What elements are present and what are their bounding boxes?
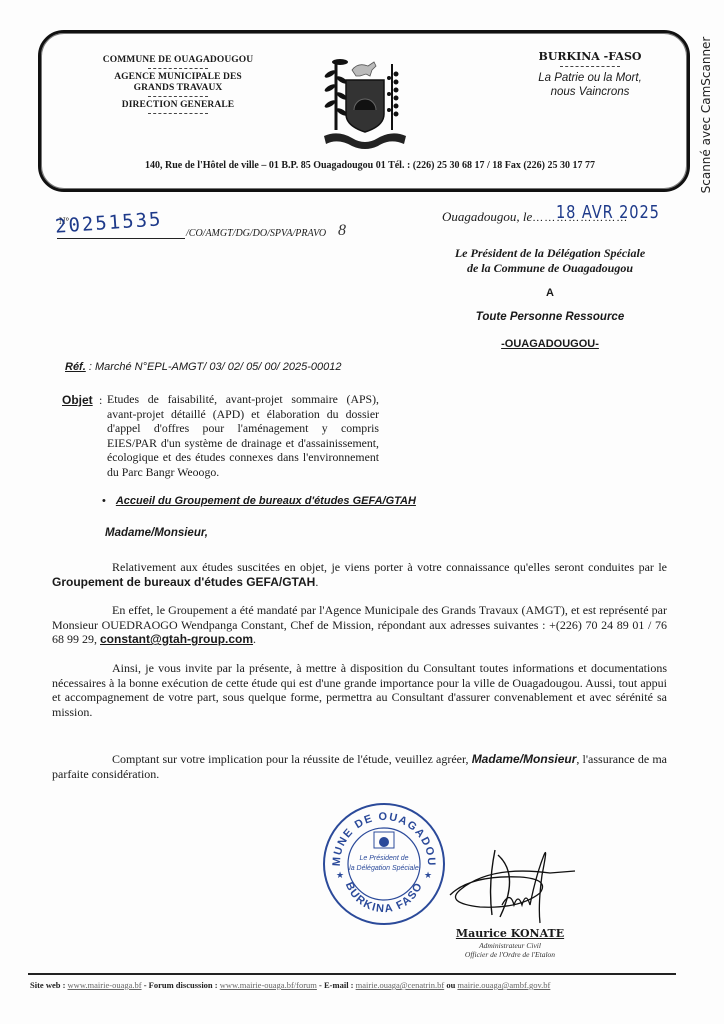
footer: Site web : www.mairie-ouaga.bf - Forum d… bbox=[30, 980, 680, 990]
paragraph-text: Comptant sur votre implication pour la r… bbox=[112, 752, 472, 766]
coat-of-arms-icon bbox=[318, 52, 408, 152]
number-underline bbox=[57, 238, 185, 239]
number-stamp: 20251535 bbox=[54, 208, 163, 237]
number-suffix: /CO/AMGT/DG/DO/SPVA/PRAVO bbox=[186, 228, 326, 239]
footer-or: ou bbox=[444, 980, 457, 990]
to-label: A bbox=[405, 287, 695, 299]
issuing-organization: COMMUNE DE OUAGADOUGOU AGENCE MUNICIPALE… bbox=[78, 55, 278, 117]
forum-link[interactable]: www.mairie-ouaga.bf/forum bbox=[220, 980, 317, 990]
org-agency-line1: AGENCE MUNICIPALE DES bbox=[78, 72, 278, 83]
paragraph-2: En effet, le Groupement a été mandaté pa… bbox=[52, 603, 667, 647]
footer-divider bbox=[28, 973, 676, 975]
site-link[interactable]: www.mairie-ouaga.bf bbox=[68, 980, 142, 990]
reference-label: Réf. bbox=[65, 361, 86, 373]
date-stamp: 18 AVR 2025 bbox=[556, 202, 660, 223]
national-motto-line2: nous Vaincrons bbox=[505, 85, 675, 99]
paragraph-1: Relativement aux études suscitées en obj… bbox=[52, 560, 667, 589]
email-link-2[interactable]: mairie.ouaga@ambf.gov.bf bbox=[457, 980, 550, 990]
svg-text:BURKINA FASO: BURKINA FASO bbox=[343, 880, 425, 915]
recipient-name: Toute Personne Ressource bbox=[405, 311, 695, 323]
place-date: Ouagadougou, le…………………… 18 AVR 2025 bbox=[442, 208, 628, 226]
footer-site-label: Site web : bbox=[30, 980, 68, 990]
country-name: BURKINA -FASO bbox=[505, 50, 675, 63]
object-label: Objet bbox=[62, 393, 93, 407]
paragraph-text: . bbox=[253, 632, 256, 646]
place: Ouagadougou, le bbox=[442, 209, 532, 224]
consultant-name: Groupement de bureaux d'études GEFA/GTAH bbox=[52, 575, 315, 589]
recipient-city: -OUAGADOUGOU- bbox=[405, 338, 695, 350]
divider bbox=[148, 68, 208, 69]
object-text: Etudes de faisabilité, avant-projet somm… bbox=[107, 392, 379, 480]
national-motto-line1: La Patrie ou la Mort, bbox=[505, 71, 675, 85]
recipient-city-text: -OUAGADOUGOU- bbox=[501, 338, 599, 350]
svg-text:★: ★ bbox=[336, 870, 344, 880]
divider bbox=[148, 96, 208, 97]
signatory-name: Maurice KONATE bbox=[440, 927, 580, 940]
country-block: BURKINA -FASO La Patrie ou la Mort, nous… bbox=[505, 50, 675, 99]
signatory-title-line1: Administrateur Civil bbox=[430, 941, 590, 950]
bullet-icon: • bbox=[102, 495, 106, 507]
signatory-title: Administrateur Civil Officier de l'Ordre… bbox=[430, 941, 590, 959]
paragraph-3: Ainsi, je vous invite par la présente, à… bbox=[52, 661, 667, 719]
subject-bullet: •Accueil du Groupement de bureaux d'étud… bbox=[102, 495, 416, 507]
divider bbox=[560, 66, 620, 67]
org-agency-line2: GRANDS TRAVAUX bbox=[78, 83, 278, 94]
watermark-text: Scanné avec CamScanner bbox=[699, 37, 713, 194]
org-direction: DIRECTION GENERALE bbox=[78, 100, 278, 111]
handwritten-signature bbox=[440, 835, 580, 930]
contact-email-link[interactable]: constant@gtah-group.com bbox=[100, 632, 253, 646]
paragraph-text: Relativement aux études suscitées en obj… bbox=[112, 560, 667, 574]
closing-salutation: Madame/Monsieur bbox=[472, 752, 577, 766]
sender: Le Président de la Délégation Spéciale d… bbox=[405, 246, 695, 276]
footer-forum-label: - Forum discussion : bbox=[142, 980, 220, 990]
svg-text:la Délégation Spéciale: la Délégation Spéciale bbox=[349, 865, 419, 872]
handwritten-mark: 8 bbox=[338, 222, 346, 240]
paragraph-4: Comptant sur votre implication pour la r… bbox=[52, 752, 667, 781]
letterhead-address: 140, Rue de l'Hôtel de ville – 01 B.P. 8… bbox=[80, 160, 660, 171]
scanner-watermark: Scanné avec CamScanner bbox=[695, 10, 717, 220]
reference-text: : Marché N°EPL-AMGT/ 03/ 02/ 05/ 00/ 202… bbox=[86, 361, 342, 373]
official-stamp: COMMUNE DE OUAGADOUGOU BURKINA FASO ★ ★ … bbox=[320, 800, 448, 928]
svg-text:Le Président de: Le Président de bbox=[359, 855, 408, 862]
footer-email-label: - E-mail : bbox=[317, 980, 356, 990]
salutation: Madame/Monsieur, bbox=[105, 527, 208, 539]
reference-line: Réf. : Marché N°EPL-AMGT/ 03/ 02/ 05/ 00… bbox=[65, 361, 341, 373]
sender-line2: de la Commune de Ouagadougou bbox=[405, 261, 695, 276]
signatory-title-line2: Officier de l'Ordre de l'Etalon bbox=[430, 950, 590, 959]
email-link-1[interactable]: mairie.ouaga@cenatrin.bf bbox=[356, 980, 445, 990]
divider bbox=[148, 113, 208, 114]
sender-line1: Le Président de la Délégation Spéciale bbox=[405, 246, 695, 261]
org-commune: COMMUNE DE OUAGADOUGOU bbox=[78, 55, 278, 66]
object-colon: : bbox=[99, 393, 102, 408]
svg-text:★: ★ bbox=[424, 870, 432, 880]
paragraph-text: . bbox=[315, 575, 318, 589]
bullet-text: Accueil du Groupement de bureaux d'étude… bbox=[116, 495, 416, 507]
